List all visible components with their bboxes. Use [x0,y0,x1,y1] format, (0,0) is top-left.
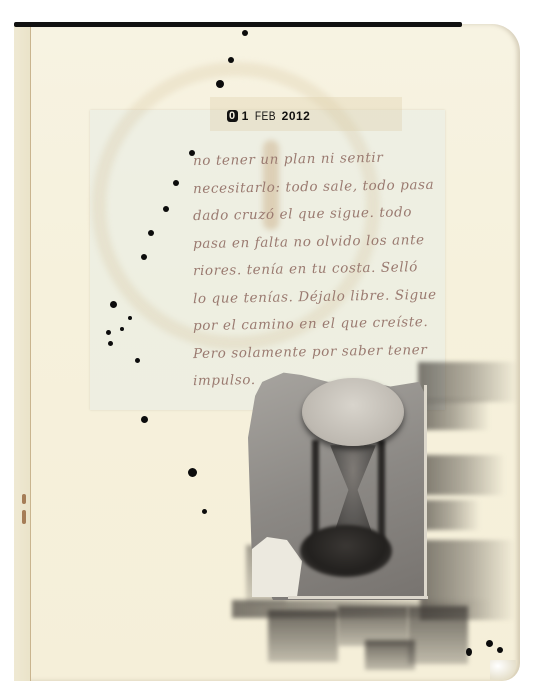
handwritten-text: no tener un plan ni sentir necesitarlo: … [193,146,433,394]
ink-dot [497,647,503,653]
handwriting-line: por el camino en el que creíste. [193,309,433,341]
ink-dot [216,80,224,88]
handwriting-line: dado cruzó el que sigue. todo [193,199,433,231]
ink-dot [163,206,169,212]
date-day: 1 [242,109,249,123]
photo-edge [424,385,427,599]
page-top-shadow [14,22,462,27]
ink-dot [188,468,197,477]
date-day-inverted: 0 [227,110,238,122]
ink-wash [408,606,468,664]
ink-wash [268,610,338,662]
ink-dot [189,150,195,156]
hourglass-base [300,525,392,577]
hourglass-top [302,378,404,446]
ink-dot [120,327,124,331]
ink-wash [420,400,490,430]
ink-dot [141,416,148,423]
spine-stain [22,494,26,504]
handwriting-line: no tener un plan ni sentir [193,144,433,176]
ink-dot [110,301,117,308]
ink-wash [418,362,518,402]
handwriting-line: lo que tenías. Déjalo libre. Sigue [193,281,433,313]
ink-dot [486,640,493,647]
ink-dot [141,254,147,260]
spine-stain [22,510,26,524]
ink-dot [135,358,140,363]
ink-dot [242,30,248,36]
handwriting-line: riores. tenía en tu costa. Selló [193,254,433,286]
handwriting-line: necesitarlo: todo sale, todo pasa [193,171,433,203]
handwriting-line: Pero solamente por saber tener [193,336,433,368]
date-year: 2012 [282,109,311,123]
ink-dot [108,341,113,346]
ink-dot [128,316,132,320]
ink-dot [228,57,234,63]
ink-wash [420,500,480,530]
date-month: FEB [255,109,276,123]
ink-dot [148,230,154,236]
photo-edge [288,596,428,599]
ink-dot [106,330,111,335]
handwriting-line: pasa en falta no olvido los ante [193,226,433,258]
ink-dot [173,180,179,186]
ink-dot [202,509,207,514]
journal-scan: 0 1 FEB 2012 no tener un plan ni sentir … [0,0,533,700]
page-spine [14,24,31,681]
ink-wash [420,455,505,495]
ink-dot [466,648,472,656]
date-stamp: 0 1 FEB 2012 [227,109,310,123]
